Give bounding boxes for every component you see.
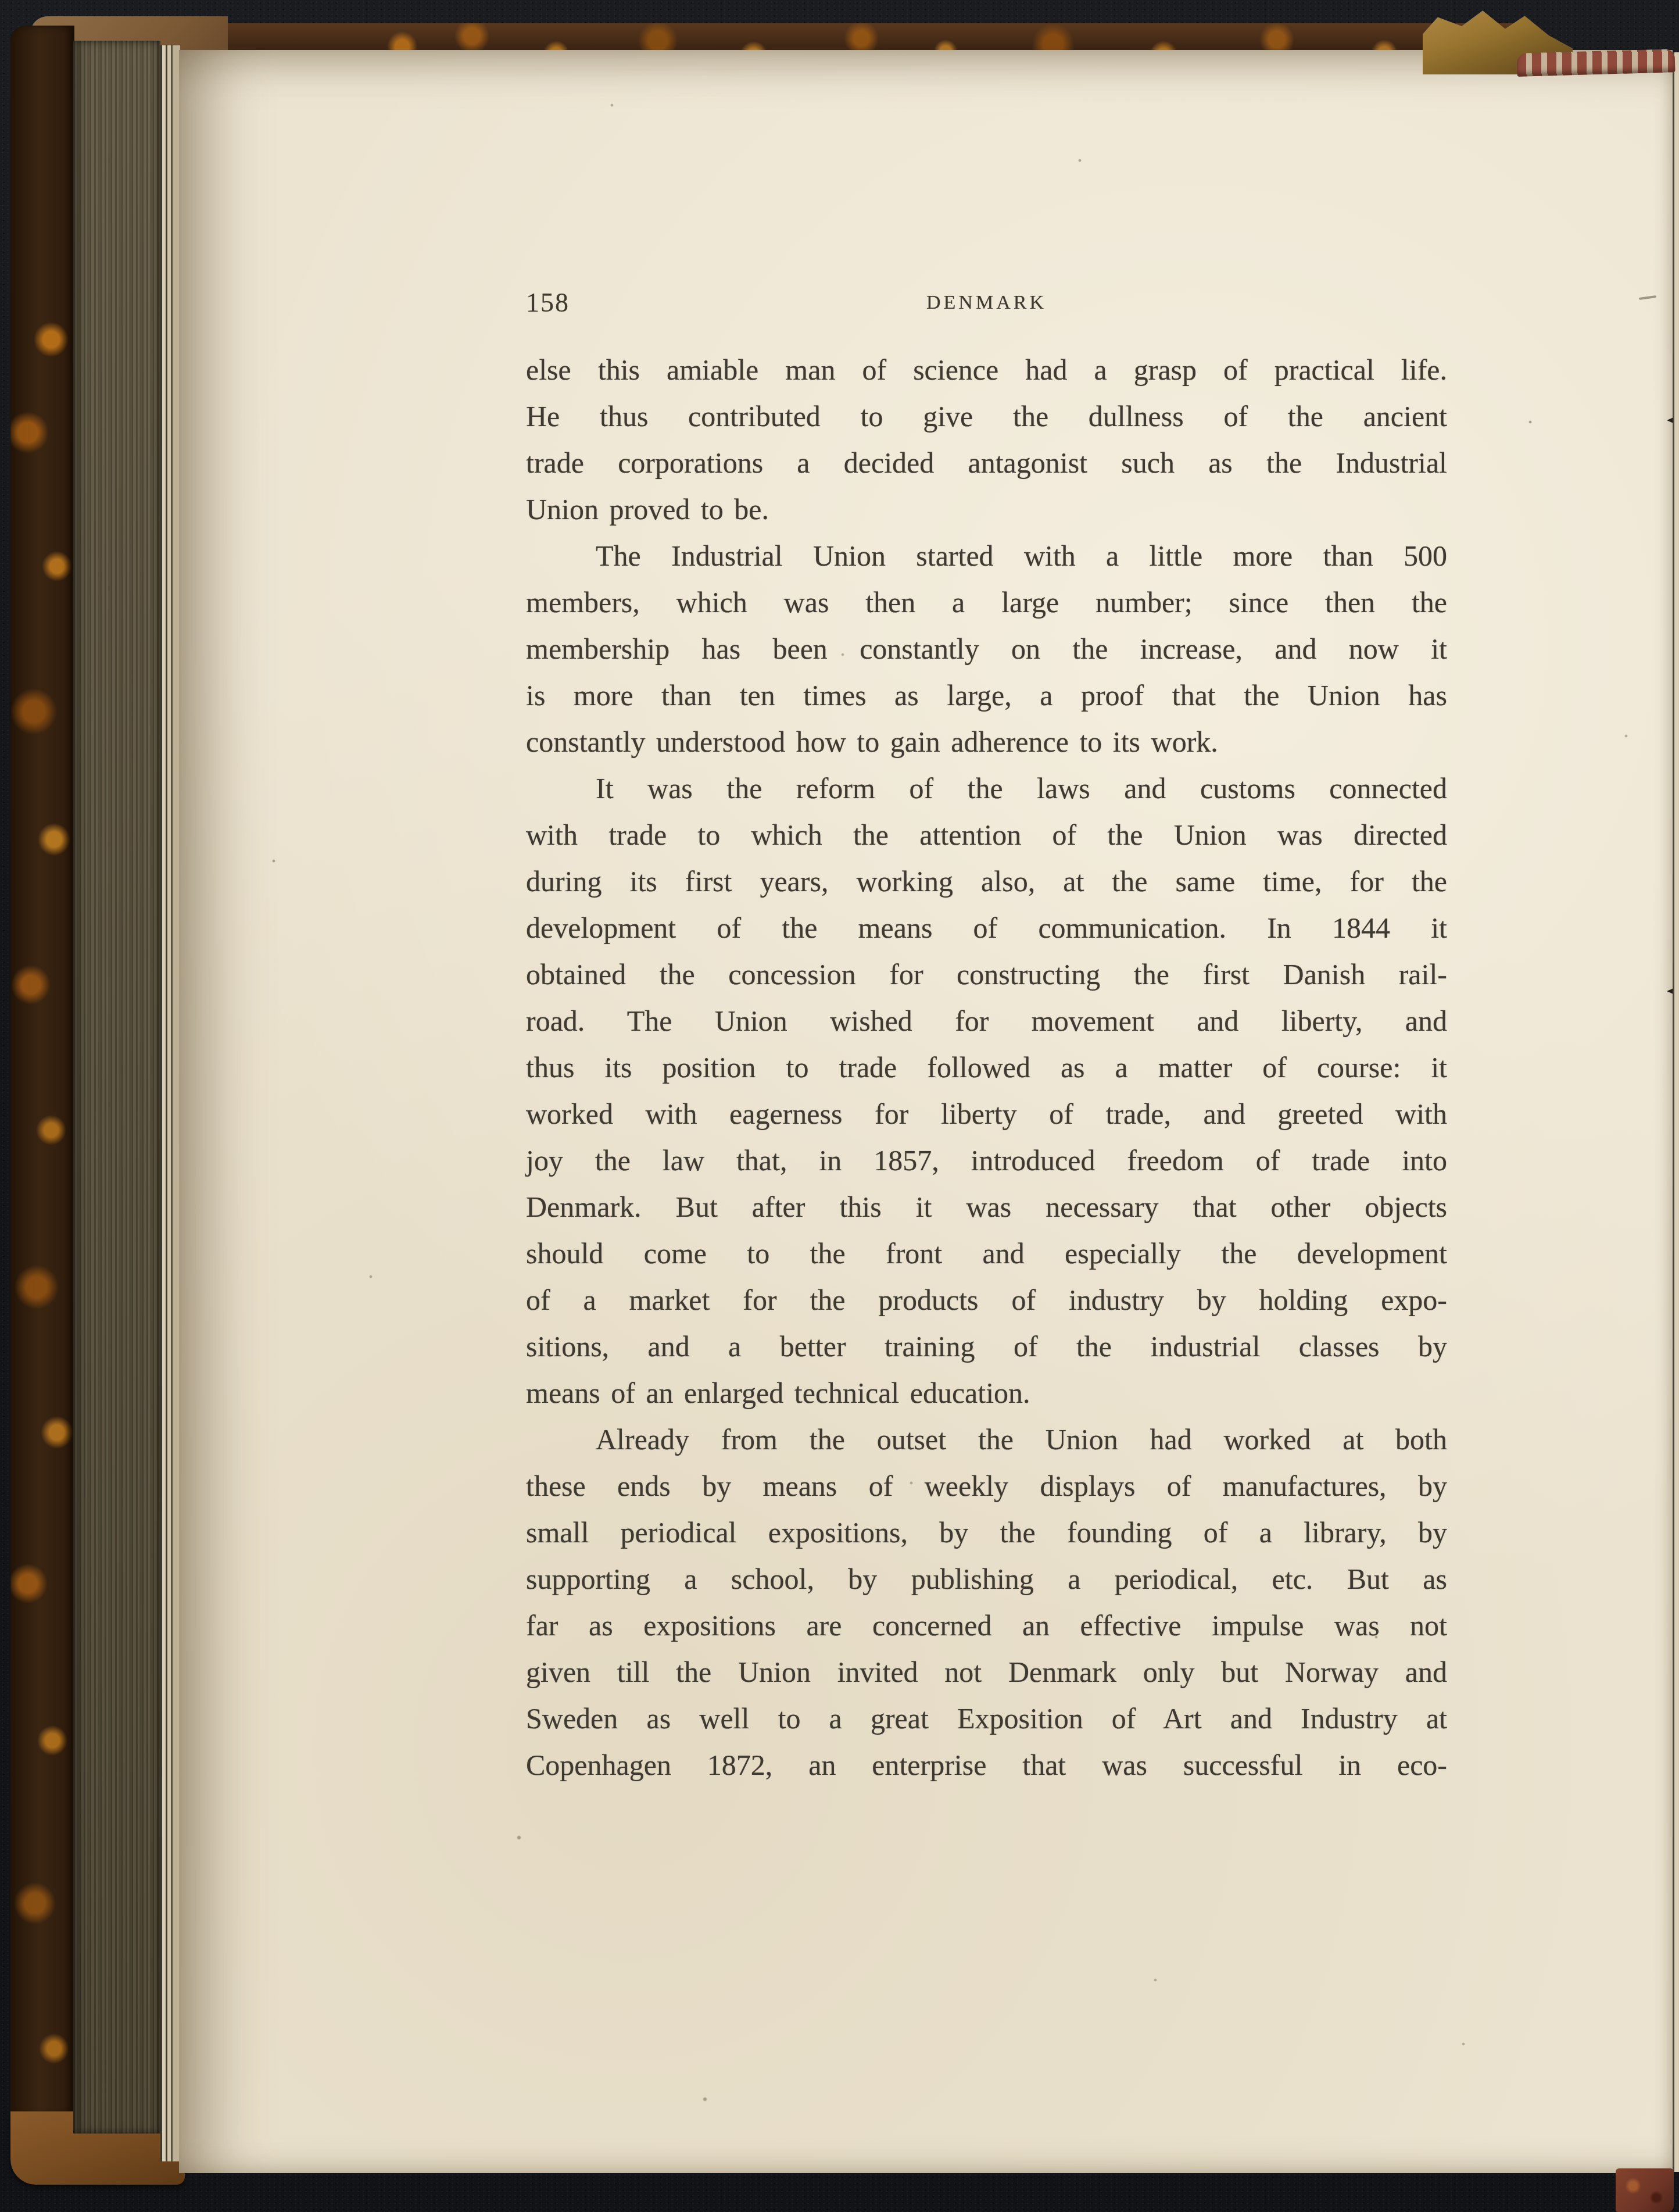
text-line: means of an enlarged technical education… bbox=[526, 1370, 1447, 1416]
text-line: given till the Union invited not Denmark… bbox=[526, 1649, 1447, 1695]
text-line: of a market for the products of industry… bbox=[526, 1277, 1447, 1323]
text-line: trade corporations a decided antagonist … bbox=[526, 439, 1447, 486]
text-line: should come to the front and especially … bbox=[526, 1230, 1447, 1277]
text-line: constantly understood how to gain adhere… bbox=[526, 719, 1447, 765]
text-line: thus its position to trade followed as a… bbox=[526, 1044, 1447, 1091]
text-line: sitions, and a better training of the in… bbox=[526, 1323, 1447, 1370]
text-line: joy the law that, in 1857, introduced fr… bbox=[526, 1137, 1447, 1184]
text-line: membership has been constantly on the in… bbox=[526, 626, 1447, 672]
body-text: else this amiable man of science had a g… bbox=[526, 346, 1447, 1788]
page-edge-stack bbox=[73, 41, 160, 2134]
page-header: 158 DENMARK bbox=[526, 280, 1447, 327]
book-page: 158 DENMARK else this amiable man of sci… bbox=[179, 50, 1673, 2173]
text-line: during its first years, working also, at… bbox=[526, 858, 1447, 905]
paragraph: Already from the outset the Union had wo… bbox=[526, 1416, 1447, 1788]
text-line: development of the means of communicatio… bbox=[526, 905, 1447, 951]
book-photo: 158 DENMARK else this amiable man of sci… bbox=[0, 0, 1679, 2212]
text-line: The Industrial Union started with a litt… bbox=[526, 533, 1447, 579]
endband-red-stripes bbox=[1516, 49, 1675, 77]
text-line: these ends by means of weekly displays o… bbox=[526, 1463, 1447, 1509]
text-line: far as expositions are concerned an effe… bbox=[526, 1602, 1447, 1649]
text-line: obtained the concession for constructing… bbox=[526, 951, 1447, 998]
page-right-edge bbox=[1673, 52, 1679, 2172]
text-line: It was the reform of the laws and custom… bbox=[526, 765, 1447, 812]
text-line: else this amiable man of science had a g… bbox=[526, 346, 1447, 393]
text-line: small periodical expositions, by the fou… bbox=[526, 1509, 1447, 1556]
text-line: is more than ten times as large, a proof… bbox=[526, 672, 1447, 719]
text-line: with trade to which the attention of the… bbox=[526, 812, 1447, 858]
text-line: Sweden as well to a great Exposition of … bbox=[526, 1695, 1447, 1742]
text-line: road. The Union wished for movement and … bbox=[526, 998, 1447, 1044]
paragraph: The Industrial Union started with a litt… bbox=[526, 533, 1447, 765]
text-line: worked with eagerness for liberty of tra… bbox=[526, 1091, 1447, 1137]
text-line: supporting a school, by publishing a per… bbox=[526, 1556, 1447, 1602]
text-line: Denmark. But after this it was necessary… bbox=[526, 1184, 1447, 1230]
marbled-spine bbox=[10, 26, 74, 2153]
binding-corner-bottom-right bbox=[1616, 2168, 1674, 2212]
text-line: Union proved to be. bbox=[526, 486, 1447, 533]
text-line: members, which was then a large number; … bbox=[526, 579, 1447, 626]
underlying-page-edges bbox=[160, 45, 180, 2161]
text-line: Copenhagen 1872, an enterprise that was … bbox=[526, 1742, 1447, 1788]
text-line: Already from the outset the Union had wo… bbox=[526, 1416, 1447, 1463]
margin-mark bbox=[1639, 295, 1656, 300]
paragraph: It was the reform of the laws and custom… bbox=[526, 765, 1447, 1416]
text-line: He thus contributed to give the dullness… bbox=[526, 393, 1447, 439]
running-header: DENMARK bbox=[526, 292, 1447, 314]
paragraph: else this amiable man of science had a g… bbox=[526, 346, 1447, 533]
